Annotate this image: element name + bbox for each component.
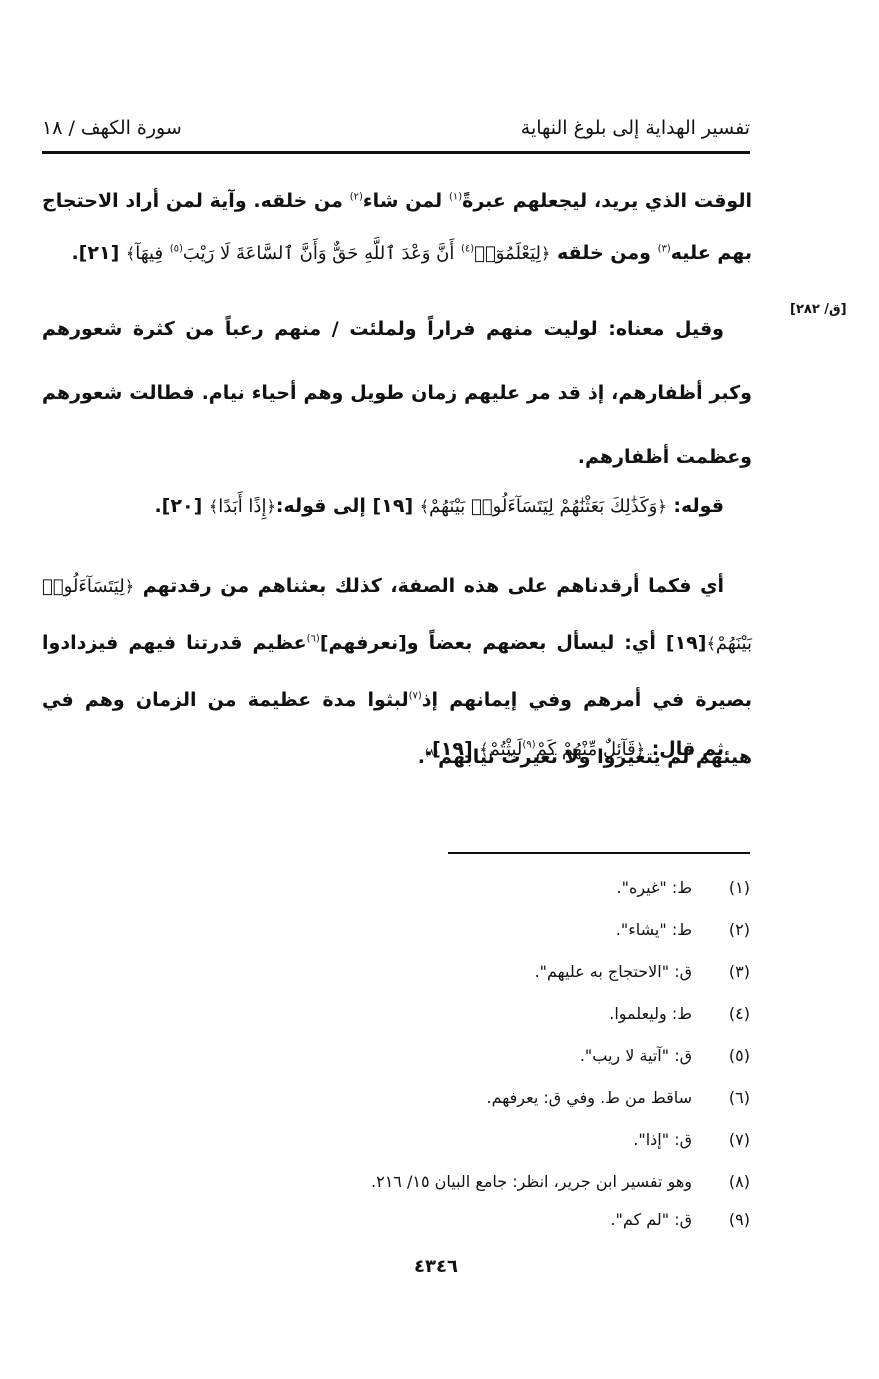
footnote-text: ط: وليعلموا.	[609, 999, 692, 1029]
surah-label: سورة الكهف / ١٨	[42, 108, 182, 148]
quran-bracket-close-icon: ﴾	[126, 244, 135, 263]
footnote-text: ق: "إذا".	[633, 1125, 692, 1155]
book-page: تفسير الهداية إلى بلوغ النهاية سورة الكه…	[0, 0, 879, 1379]
header-divider	[42, 151, 750, 154]
manuscript-folio-note: [ق/ ٢٨٢]	[790, 302, 847, 317]
footnote-item: (٨)وهو تفسير ابن جرير، انظر: جامع البيان…	[250, 1167, 750, 1205]
footnote-item: (١)ط: "غيره".	[250, 873, 750, 915]
footnote-ref-7[interactable]: (٧)	[409, 691, 422, 702]
paragraph-2: وقيل معناه: لوليت منهم فراراً ولملئت / م…	[42, 297, 752, 489]
running-header: تفسير الهداية إلى بلوغ النهاية سورة الكه…	[42, 108, 750, 148]
quran-bracket-open-icon: ﴿	[541, 244, 550, 263]
text-run: ثم قال:	[652, 738, 724, 760]
paragraph-1: الوقت الذي يريد، ليجعلهم عبرةً(١) لمن شا…	[42, 175, 752, 280]
footnote-number: (٣)	[692, 957, 750, 987]
footnote-ref-3[interactable]: (٣)	[658, 244, 671, 255]
footnote-item: (٢)ط: "يشاء".	[250, 915, 750, 957]
quran-bracket-open-icon: ﴿	[125, 577, 134, 596]
quran-verse: إِذًا أَبَدًا	[218, 496, 266, 517]
quran-bracket-close-icon: ﴾	[479, 740, 488, 759]
verse-reference: [١٩].	[425, 738, 473, 760]
footnote-number: (٩)	[692, 1205, 750, 1235]
footnote-ref-5[interactable]: (٥)	[170, 244, 183, 255]
footnote-number: (٦)	[692, 1083, 750, 1113]
footnote-text: ق: "آتية لا ريب".	[580, 1041, 692, 1071]
text-run: إلى قوله:	[276, 495, 366, 517]
footnote-item: (٤)ط: وليعلموا.	[250, 999, 750, 1041]
footnote-text: ط: "غيره".	[617, 873, 692, 903]
footnote-text: ق: "لم كم".	[610, 1205, 692, 1235]
footnote-text: ساقط من ط. وفي ق: يعرفهم.	[487, 1083, 692, 1113]
book-title: تفسير الهداية إلى بلوغ النهاية	[521, 108, 750, 148]
quran-bracket-open-icon: ﴿	[657, 497, 666, 516]
footnotes-list: (١)ط: "غيره". (٢)ط: "يشاء". (٣)ق: "الاحت…	[250, 873, 750, 1247]
quran-verse: لَبِثْتُمْ	[489, 739, 523, 760]
footnote-number: (٨)	[692, 1167, 750, 1197]
footnote-number: (٤)	[692, 999, 750, 1029]
quran-bracket-open-icon: ﴿	[636, 740, 645, 759]
verse-reference: [٢١].	[71, 242, 119, 264]
verse-reference: [٢٠].	[154, 495, 202, 517]
quran-verse: قَآئِلٌ مِّنْهُمْ كَمْ	[536, 739, 636, 760]
text-run: وقيل معناه: لوليت منهم فراراً ولملئت / م…	[42, 318, 752, 468]
quran-verse: وَكَذَٰلِكَ بَعَثْنَٰهُمْ لِيَتَسَآءَلُو…	[429, 496, 657, 517]
quran-bracket-close-icon: ﴾	[420, 497, 429, 516]
footnote-text: ط: "يشاء".	[616, 915, 692, 945]
footnote-text: وهو تفسير ابن جرير، انظر: جامع البيان ١٥…	[371, 1167, 692, 1197]
quran-verse: فِيهَآ	[135, 243, 163, 264]
footnote-number: (٢)	[692, 915, 750, 945]
paragraph-5: ثم قال: ﴿قَآئِلٌ مِّنْهُمْ كَمْ(٩)لَبِثْ…	[42, 723, 752, 776]
footnote-ref-4[interactable]: (٤)	[461, 244, 474, 255]
footnote-number: (١)	[692, 873, 750, 903]
footnote-divider	[448, 852, 750, 854]
quran-verse: لِيَعْلَمُوٓا۟	[474, 243, 541, 264]
footnote-item: (٣)ق: "الاحتجاج به عليهم".	[250, 957, 750, 999]
text-run: ومن خلقه	[557, 242, 651, 264]
footnote-item: (٩)ق: "لم كم".	[250, 1205, 750, 1247]
verse-reference: [١٩]	[373, 495, 414, 517]
text-run: لمن شاء	[363, 190, 442, 212]
quran-bracket-close-icon: ﴾	[706, 634, 715, 653]
quran-verse: أَنَّ وَعْدَ ٱللَّهِ حَقٌّ وَأَنَّ ٱلسَّ…	[183, 243, 454, 264]
footnote-number: (٥)	[692, 1041, 750, 1071]
text-run: الوقت الذي يريد، ليجعلهم عبرةً	[462, 190, 752, 212]
text-run: أي فكما أرقدناهم على هذه الصفة، كذلك بعث…	[143, 575, 724, 597]
verse-reference: [١٩]	[666, 632, 707, 654]
footnote-item: (٧)ق: "إذا".	[250, 1125, 750, 1167]
text-run: قوله:	[673, 495, 724, 517]
footnote-ref-6[interactable]: (٦)	[307, 634, 320, 645]
footnote-text: ق: "الاحتجاج به عليهم".	[535, 957, 692, 987]
quran-bracket-open-icon: ﴿	[266, 497, 275, 516]
footnote-item: (٥)ق: "آتية لا ريب".	[250, 1041, 750, 1083]
text-run: أي: ليسأل بعضهم بعضاً و[نعرفهم]	[320, 632, 656, 654]
footnote-ref-1[interactable]: (١)	[449, 192, 462, 203]
page-number: ٤٣٤٦	[414, 1256, 458, 1277]
footnote-item: (٦)ساقط من ط. وفي ق: يعرفهم.	[250, 1083, 750, 1125]
footnote-number: (٧)	[692, 1125, 750, 1155]
quran-bracket-close-icon: ﴾	[209, 497, 218, 516]
footnote-ref-9[interactable]: (٩)	[522, 740, 535, 751]
paragraph-3: قوله: ﴿وَكَذَٰلِكَ بَعَثْنَٰهُمْ لِيَتَس…	[42, 480, 752, 533]
footnote-ref-2[interactable]: (٢)	[350, 192, 363, 203]
